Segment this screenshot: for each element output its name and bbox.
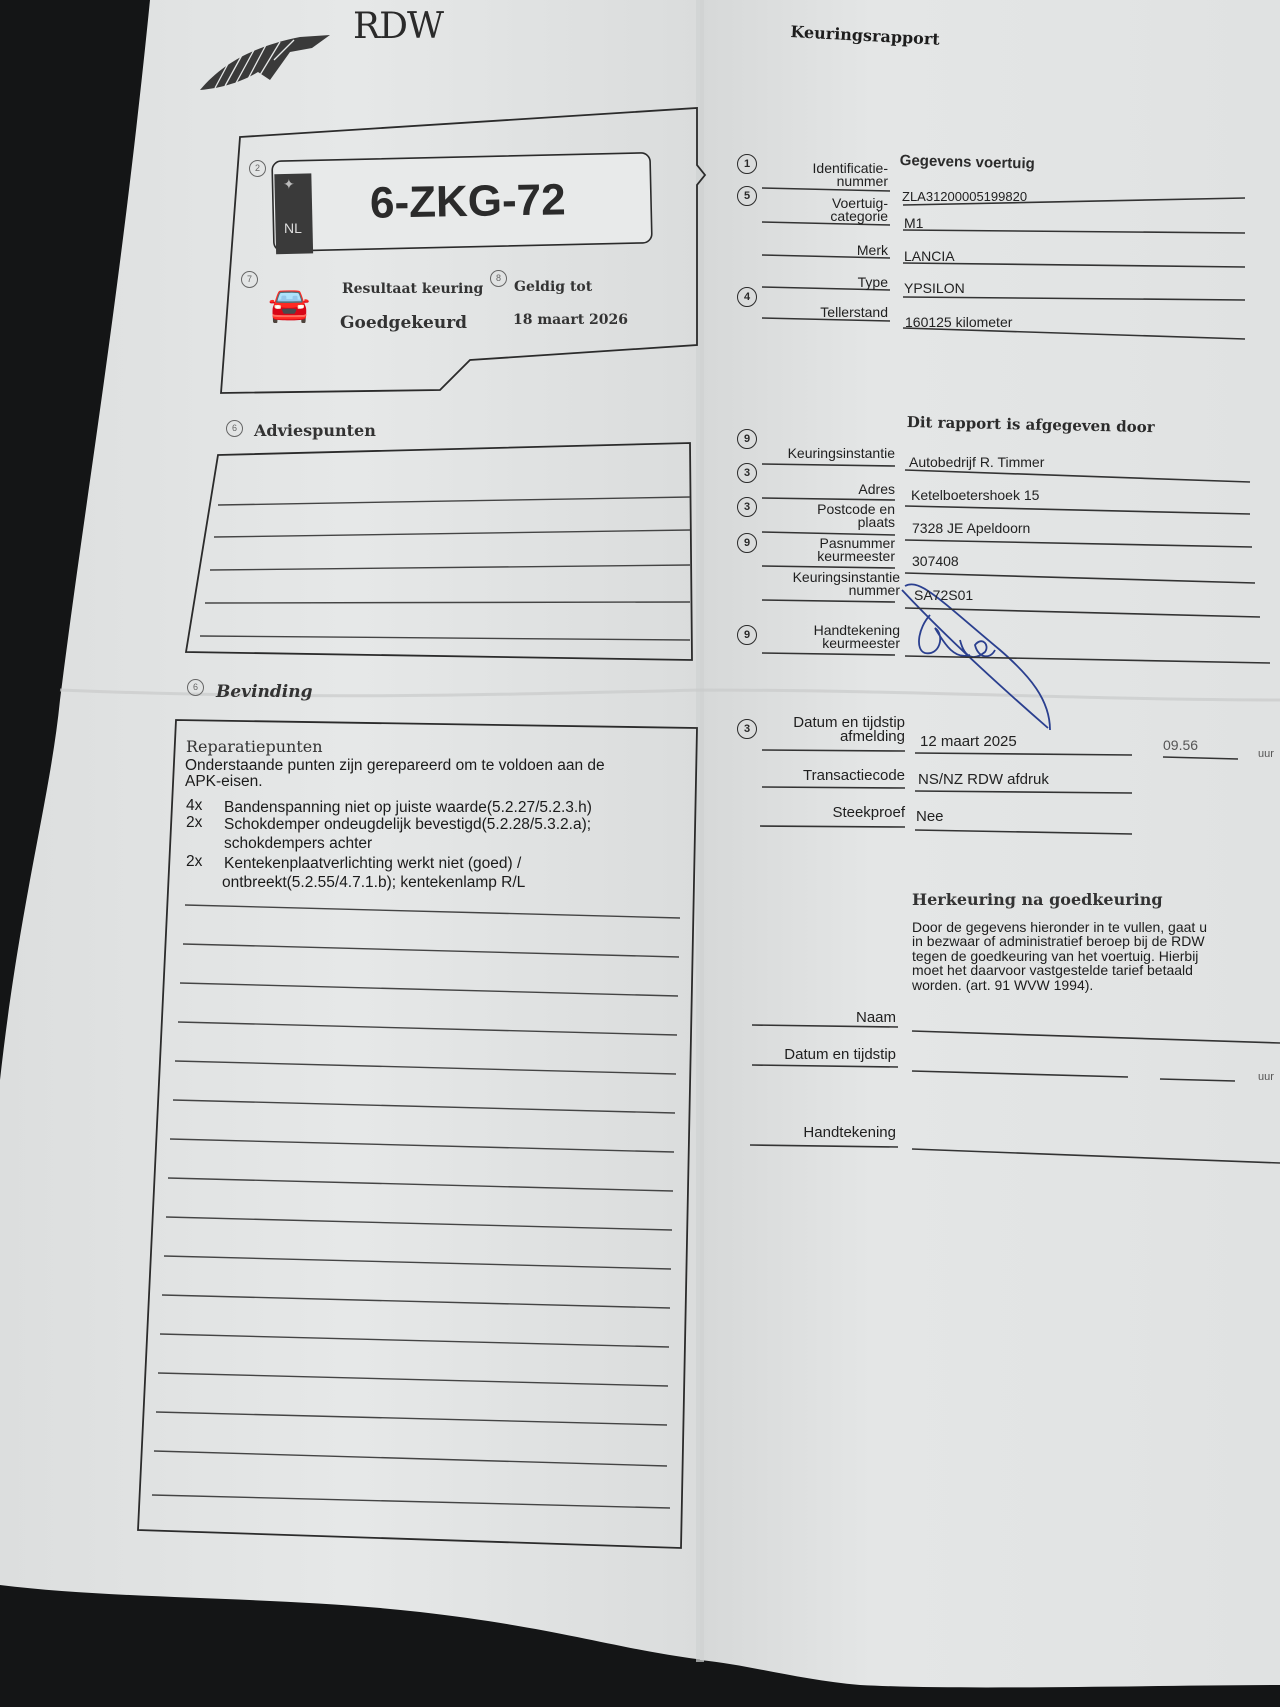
item-text: Kentekenplaatverlichting werkt niet (goe…	[224, 855, 521, 873]
institution-number-label: Keuringsinstantienummer	[755, 571, 900, 597]
advice-title: Adviespunten	[254, 421, 376, 440]
odometer-label: Tellerstand	[760, 306, 888, 319]
registration-time-value: 09.56	[1163, 737, 1198, 753]
reinspection-signature-label: Handtekening	[752, 1126, 896, 1139]
type-label: Type	[760, 276, 888, 289]
marker-6-advice: 6	[226, 420, 243, 437]
inspector-pass-value: 307408	[912, 553, 959, 569]
odometer-value: 160125 kilometer	[905, 314, 1012, 330]
make-label: Merk	[760, 244, 888, 257]
postcode-value: 7328 JE Apeldoorn	[912, 520, 1030, 536]
sample-check-value: Nee	[916, 808, 944, 825]
address-label: Adres	[755, 483, 895, 496]
inspection-stamp-car-icon: 🚘	[268, 285, 310, 325]
valid-until-label: Geldig tot	[514, 279, 592, 295]
marker-9-signature: 9	[737, 625, 757, 645]
reinspection-signature-field[interactable]	[912, 1128, 1272, 1146]
registration-datetime-label: Datum en tijdstipafmelding	[755, 716, 905, 744]
category-label: Voertuig-categorie	[760, 197, 888, 223]
marker-6-findings: 6	[187, 679, 204, 696]
item-text: Bandenspanning niet op juiste waarde(5.2…	[224, 799, 592, 817]
result-value: Goedgekeurd	[340, 313, 467, 333]
reinspection-name-label: Naam	[752, 1011, 896, 1024]
vin-value: ZLA31200005199820	[902, 189, 1027, 204]
marker-3-registration: 3	[737, 719, 757, 739]
transaction-code-label: Transactiecode	[755, 769, 905, 782]
inspection-report-paper: RDW Keuringsrapport 2 ✦ NL 6-ZKG-72 7 🚘 …	[0, 0, 1280, 1707]
item-text-cont: schokdempers achter	[224, 835, 372, 853]
marker-2: 2	[249, 160, 266, 177]
valid-until-value: 18 maart 2026	[513, 312, 628, 328]
institution-value: Autobedrijf R. Timmer	[909, 454, 1044, 470]
reinspection-time-field[interactable]	[1160, 1060, 1232, 1078]
reinspection-name-field[interactable]	[912, 1010, 1272, 1028]
institution-label: Keuringsinstantie	[755, 447, 895, 460]
transaction-code-value: NS/NZ RDW afdruk	[918, 771, 1049, 788]
findings-intro-line2: APK-eisen.	[185, 773, 263, 791]
category-value: M1	[904, 215, 923, 231]
inspector-signature-label: Handtekeningkeurmeester	[755, 624, 900, 650]
institution-number-value: SA72S01	[914, 587, 973, 603]
marker-5: 5	[737, 186, 757, 206]
reinspection-time-unit: uur	[1258, 1071, 1274, 1083]
reinspection-title: Herkeuring na goedkeuring	[912, 890, 1163, 909]
item-qty: 4x	[186, 797, 202, 815]
type-value: YPSILON	[904, 280, 965, 296]
item-qty: 2x	[186, 853, 202, 871]
postcode-label: Postcode enplaats	[755, 503, 895, 529]
marker-4: 4	[737, 287, 757, 307]
marker-3-address: 3	[737, 463, 757, 483]
sample-check-label: Steekproef	[755, 806, 905, 819]
item-text-cont: ontbreekt(5.2.55/4.7.1.b); kentekenlamp …	[222, 874, 525, 892]
marker-1: 1	[737, 154, 757, 174]
country-code: NL	[284, 220, 302, 236]
registration-date-value: 12 maart 2025	[920, 733, 1017, 750]
brand-name: RDW	[353, 6, 443, 47]
address-value: Ketelboetershoek 15	[911, 487, 1039, 503]
marker-9-inspector-pass: 9	[737, 533, 757, 553]
marker-9-institution: 9	[737, 429, 757, 449]
findings-title: Bevinding	[216, 682, 312, 702]
item-text: Schokdemper ondeugdelijk bevestigd(5.2.2…	[224, 816, 591, 834]
eu-stars-icon: ✦	[283, 176, 295, 193]
registration-time-unit: uur	[1258, 748, 1274, 760]
reinspection-date-field[interactable]	[912, 1052, 1122, 1070]
make-value: LANCIA	[904, 248, 955, 264]
reinspection-datetime-label: Datum en tijdstip	[752, 1048, 896, 1061]
marker-3-postcode: 3	[737, 497, 757, 517]
result-label: Resultaat keuring	[342, 281, 483, 297]
findings-subtitle: Reparatiepunten	[186, 737, 323, 756]
vin-label: Identificatie-nummer	[760, 162, 888, 188]
inspector-pass-label: Pasnummerkeurmeester	[755, 537, 895, 563]
marker-7: 7	[241, 271, 258, 288]
vehicle-section-title: Gegevens voertuig	[900, 152, 1035, 173]
item-qty: 2x	[186, 814, 202, 832]
license-plate-number: 6-ZKG-72	[370, 175, 566, 228]
marker-8: 8	[490, 270, 507, 287]
inspector-signature	[920, 605, 1040, 665]
